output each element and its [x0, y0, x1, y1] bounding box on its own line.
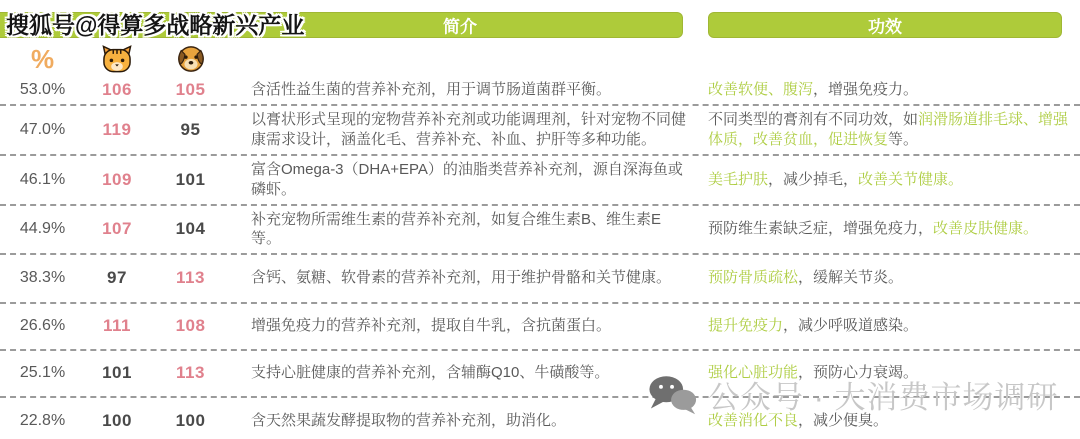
cat-face-icon [85, 45, 149, 73]
category-efficacy: 预防维生素缺乏症，增强免疫力，改善皮肤健康。 [696, 215, 1080, 243]
cat-tgi-value: 106 [85, 80, 149, 100]
dog-face-icon [149, 45, 232, 73]
percent-value: 22.8% [0, 412, 85, 430]
dog-tgi-value: 101 [149, 170, 232, 190]
intro-column-header: 简介 [443, 13, 477, 38]
efficacy-segment: 改善软便、腹泻 [708, 81, 813, 98]
category-description: 支持心脏健康的营养补充剂，含辅酶Q10、牛磺酸等。 [232, 359, 696, 387]
category-description: 增强免疫力的营养补充剂，提取自牛乳，含抗菌蛋白。 [232, 312, 696, 340]
cat-tgi-value: 101 [85, 363, 149, 383]
cat-tgi-value: 100 [85, 411, 149, 431]
cat-tgi-value: 109 [85, 170, 149, 190]
percent-value: 38.3% [0, 269, 85, 287]
efficacy-segment: 提升免疫力 [708, 317, 783, 334]
dog-tgi-value: 113 [149, 268, 232, 288]
efficacy-segment: 改善皮肤健康。 [933, 220, 1038, 237]
category-efficacy: 美毛护肤，减少掉毛，改善关节健康。 [696, 166, 1080, 194]
cat-tgi-value: 111 [85, 316, 149, 336]
efficacy-segment: 等。 [888, 131, 918, 148]
table-row: 46.1% 109 101 富含Omega-3（DHA+EPA）的油脂类营养补充… [0, 156, 1080, 206]
category-efficacy: 改善软便、腹泻，增强免疫力。 [696, 76, 1080, 104]
efficacy-segment: 美毛护肤 [708, 171, 768, 188]
efficacy-segment: ，减少掉毛， [768, 171, 858, 188]
cat-tgi-value: 97 [85, 268, 149, 288]
table-row: 26.6% 111 108 增强免疫力的营养补充剂，提取自牛乳，含抗菌蛋白。 提… [0, 304, 1080, 351]
table-row: 47.0% 119 95 以膏状形式呈现的宠物营养补充剂或功能调理剂，针对宠物不… [0, 106, 1080, 156]
efficacy-segment: 预防骨质疏松 [708, 269, 798, 286]
category-efficacy: 不同类型的膏剂有不同功效，如润滑肠道排毛球、增强体质，改善贫血，促进恢复等。 [696, 106, 1080, 153]
dog-tgi-value: 113 [149, 363, 232, 383]
cat-tgi-value: 119 [85, 120, 149, 140]
category-description: 含钙、氨糖、软骨素的营养补充剂，用于维护骨骼和关节健康。 [232, 264, 696, 292]
table-row: 53.0% 106 105 含活性益生菌的营养补充剂，用于调节肠道菌群平衡。 改… [0, 76, 1080, 106]
category-description: 以膏状形式呈现的宠物营养补充剂或功能调理剂，针对宠物不同健康需求设计，涵盖化毛、… [232, 106, 696, 153]
table-row: 38.3% 97 113 含钙、氨糖、软骨素的营养补充剂，用于维护骨骼和关节健康… [0, 255, 1080, 304]
percent-value: 26.6% [0, 317, 85, 335]
efficacy-segment: ，减少呼吸道感染。 [783, 317, 918, 334]
percent-value: 53.0% [0, 81, 85, 99]
dog-tgi-value: 108 [149, 316, 232, 336]
category-efficacy: 预防骨质疏松，缓解关节炎。 [696, 264, 1080, 292]
dog-tgi-value: 100 [149, 411, 232, 431]
cat-tgi-value: 107 [85, 219, 149, 239]
category-description: 补充宠物所需维生素的营养补充剂，如复合维生素B、维生素E等。 [232, 206, 696, 253]
dog-tgi-value: 104 [149, 219, 232, 239]
efficacy-segment: 改善关节健康。 [858, 171, 963, 188]
category-description: 含活性益生菌的营养补充剂，用于调节肠道菌群平衡。 [232, 76, 696, 104]
watermark-wechat-account: 公众号 · 大消费市场调研 [648, 372, 1059, 417]
category-description: 含天然果蔬发酵提取物的营养补充剂，助消化。 [232, 407, 696, 435]
dog-tgi-value: 105 [149, 80, 232, 100]
percent-value: 46.1% [0, 171, 85, 189]
table-subheader-row: % [0, 42, 1080, 76]
category-efficacy: 提升免疫力，减少呼吸道感染。 [696, 312, 1080, 340]
percent-column-header: % [0, 44, 85, 75]
watermark-sohu: 搜狐号@得算多战略新兴产业 [6, 7, 304, 40]
efficacy-segment: ，增强免疫力。 [813, 81, 918, 98]
category-description: 富含Omega-3（DHA+EPA）的油脂类营养补充剂，源自深海鱼或磷虾。 [232, 156, 696, 203]
pet-supplement-table: 简介 功效 搜狐号@得算多战略新兴产业 % [0, 0, 1080, 439]
watermark-account-text: 公众号 · 大消费市场调研 [708, 372, 1059, 417]
efficacy-segment: ，缓解关节炎。 [798, 269, 903, 286]
efficacy-segment: 不同类型的膏剂有不同功效，如 [708, 111, 918, 128]
percent-value: 25.1% [0, 364, 85, 382]
percent-value: 47.0% [0, 121, 85, 139]
header-bar-efficacy: 功效 [708, 12, 1062, 38]
table-row: 44.9% 107 104 补充宠物所需维生素的营养补充剂，如复合维生素B、维生… [0, 206, 1080, 255]
percent-value: 44.9% [0, 220, 85, 238]
efficacy-column-header: 功效 [868, 13, 902, 38]
efficacy-segment: 预防维生素缺乏症，增强免疫力， [708, 220, 933, 237]
dog-tgi-value: 95 [149, 120, 232, 140]
wechat-icon [648, 373, 698, 417]
